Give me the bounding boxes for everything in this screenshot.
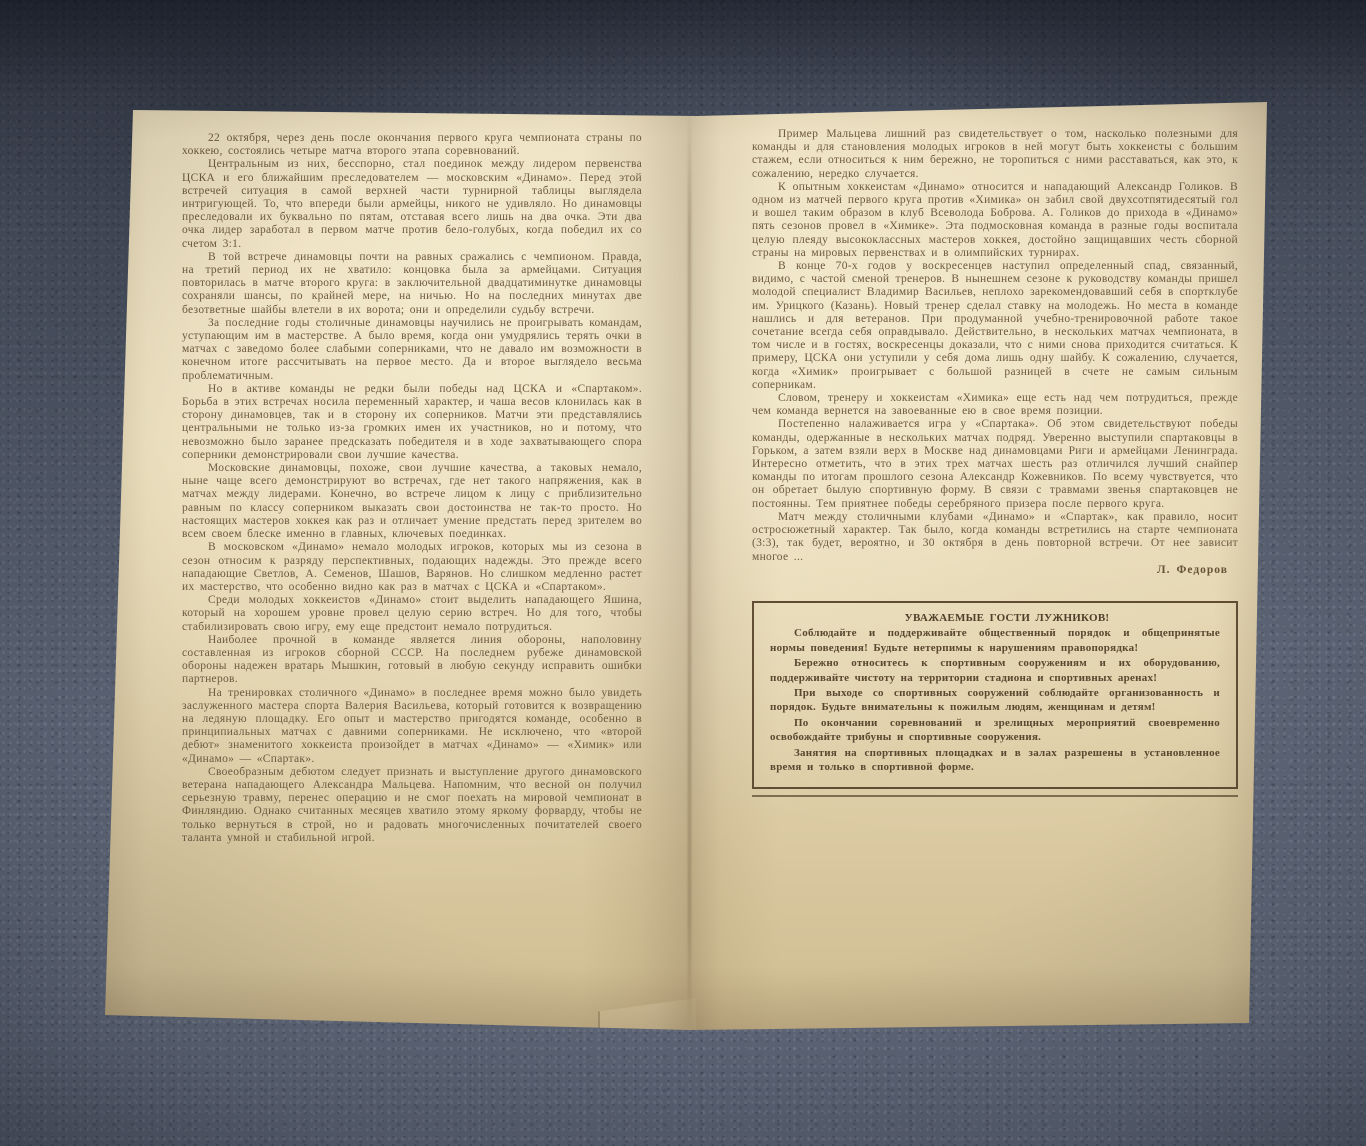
article-paragraph: В московском «Динамо» немало молодых игр… [182, 541, 642, 594]
article-paragraph: В той встрече динамовцы почти на равных … [182, 251, 642, 317]
inner-page-edge [598, 998, 696, 1032]
article-paragraph: В конце 70-х годов у воскресенцев наступ… [752, 260, 1238, 392]
article-paragraph: На тренировках столичного «Динамо» в пос… [182, 687, 642, 766]
right-page: Пример Мальцева лишний раз свидетельству… [752, 128, 1238, 797]
notice-paragraph: Занятия на спортивных площадках и в зала… [770, 746, 1220, 775]
article-paragraph: Словом, тренеру и хоккеистам «Химика» ещ… [752, 392, 1238, 418]
center-fold-crease [688, 114, 691, 1026]
article-paragraph: Матч между столичными клубами «Динамо» и… [752, 511, 1238, 564]
notice-paragraph: Соблюдайте и поддерживайте общественный … [770, 626, 1220, 655]
programme-booklet: 22 октября, через день после окончания п… [100, 92, 1272, 1032]
left-page: 22 октября, через день после окончания п… [182, 132, 642, 845]
article-paragraph: Пример Мальцева лишний раз свидетельству… [752, 128, 1238, 181]
author-byline: Л. Федоров [752, 564, 1238, 577]
article-paragraph: Среди молодых хоккеистов «Динамо» стоит … [182, 594, 642, 634]
notice-title: УВАЖАЕМЫЕ ГОСТИ ЛУЖНИКОВ! [770, 611, 1220, 625]
article-paragraph: Наиболее прочной в команде является лини… [182, 634, 642, 687]
notice-box-underline [752, 795, 1238, 797]
article-paragraph: Постепенно налаживается игра у «Спартака… [752, 418, 1238, 510]
article-paragraph: Своеобразным дебютом следует признать и … [182, 766, 642, 845]
notice-paragraph: По окончании соревнований и зрелищных ме… [770, 716, 1220, 745]
article-paragraph: За последние годы столичные динамовцы на… [182, 317, 642, 383]
notice-paragraph: При выходе со спортивных сооружений собл… [770, 686, 1220, 715]
notice-paragraph: Бережно относитесь к спортивным сооружен… [770, 656, 1220, 685]
article-paragraph: Московские динамовцы, похоже, свои лучши… [182, 462, 642, 541]
article-paragraph: 22 октября, через день после окончания п… [182, 132, 642, 158]
article-paragraph: Но в активе команды не редки были победы… [182, 383, 642, 462]
notice-box: УВАЖАЕМЫЕ ГОСТИ ЛУЖНИКОВ! Соблюдайте и п… [752, 601, 1238, 789]
article-paragraph: Центральным из них, бесспорно, стал поед… [182, 158, 642, 250]
article-paragraph: К опытным хоккеистам «Динамо» относится … [752, 181, 1238, 260]
